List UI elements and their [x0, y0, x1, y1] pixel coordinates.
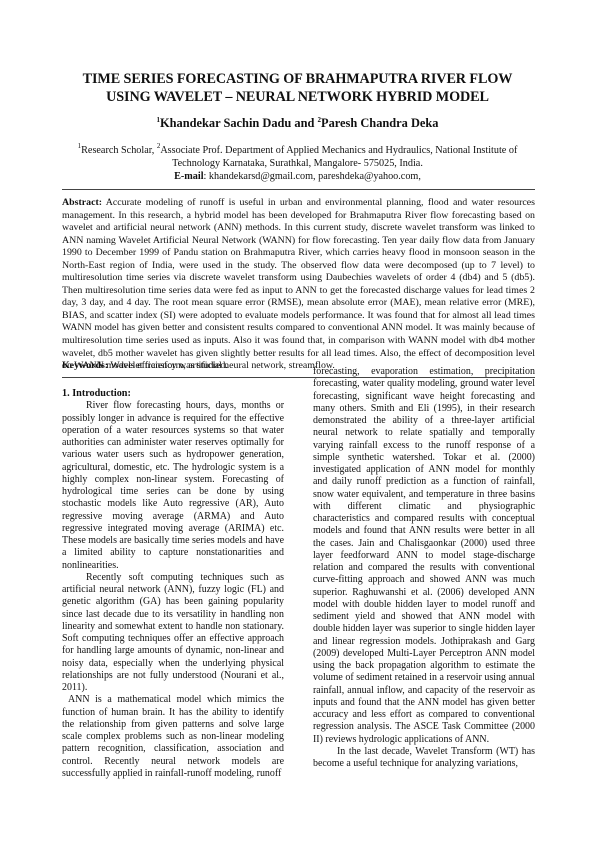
keywords-text: Wavelet transform, artificial neural net… [108, 360, 335, 371]
affiliation-department: Associate Prof. Department of Applied Me… [160, 145, 517, 169]
abstract-label: Abstract: [62, 197, 102, 208]
paragraph: ANN is a mathematical model which mimics… [62, 694, 284, 780]
email-line: E-mail: khandekarsd@gmail.com, pareshdek… [60, 170, 535, 183]
right-column: forecasting, evaporation estimation, pre… [313, 366, 535, 770]
paragraph: River flow forecasting hours, days, mont… [62, 400, 284, 572]
paragraph: forecasting, evaporation estimation, pre… [313, 366, 535, 746]
abstract-text: Accurate modeling of runoff is useful in… [62, 197, 535, 371]
affiliation-role-1: Research Scholar, [81, 145, 157, 156]
title-line-1: TIME SERIES FORECASTING OF BRAHMAPUTRA R… [60, 70, 535, 88]
section-heading-introduction: 1. Introduction: [62, 388, 284, 400]
paper-title: TIME SERIES FORECASTING OF BRAHMAPUTRA R… [60, 70, 535, 106]
author-2-name: Paresh Chandra Deka [321, 116, 439, 130]
abstract: Abstract: Accurate modeling of runoff is… [62, 197, 535, 373]
author-list: 1Khandekar Sachin Dadu and 2Paresh Chand… [60, 116, 535, 131]
header-divider [62, 189, 535, 190]
left-column: 1. Introduction: River flow forecasting … [62, 388, 284, 780]
paragraph: In the last decade, Wavelet Transform (W… [313, 746, 535, 771]
paper-page: TIME SERIES FORECASTING OF BRAHMAPUTRA R… [0, 0, 595, 842]
paragraph: Recently soft computing techniques such … [62, 572, 284, 695]
authors-connector: and [291, 116, 317, 130]
email-label: E-mail [174, 171, 203, 182]
title-line-2: USING WAVELET – NEURAL NETWORK HYBRID MO… [60, 88, 535, 106]
email-addresses[interactable]: : khandekarsd@gmail.com, pareshdeka@yaho… [204, 171, 421, 182]
affiliation-text: 1Research Scholar, 2Associate Prof. Depa… [60, 144, 535, 170]
author-1-name: Khandekar Sachin Dadu [160, 116, 291, 130]
keywords-label: Keywords: [62, 360, 108, 371]
affiliation: 1Research Scholar, 2Associate Prof. Depa… [60, 144, 535, 183]
